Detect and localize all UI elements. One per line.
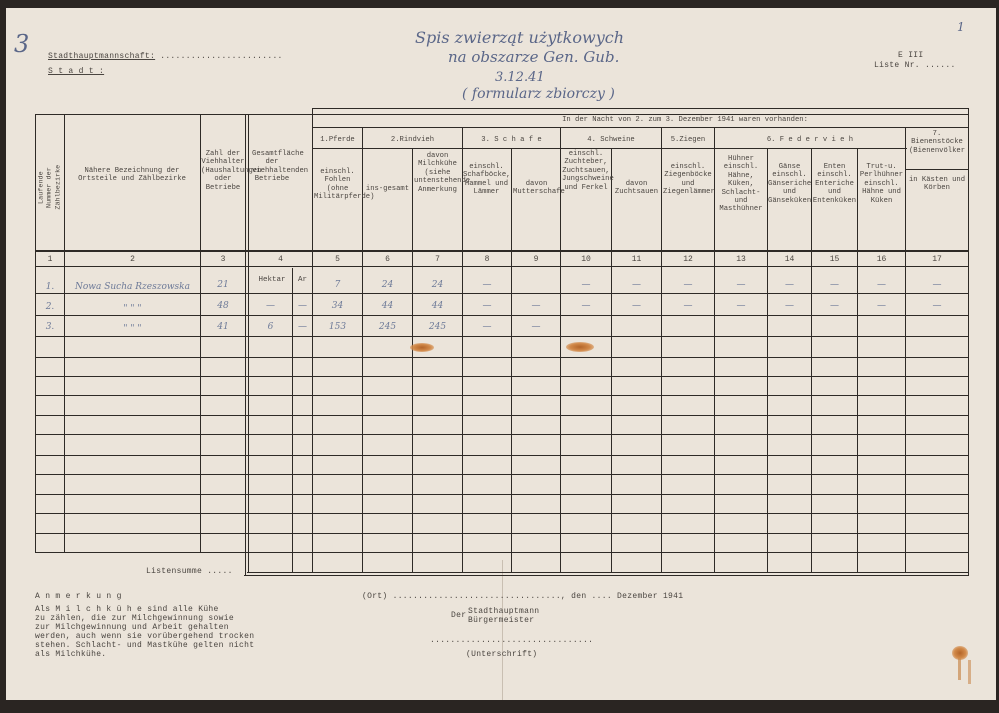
row-value: 245	[363, 322, 412, 332]
der-label: Der	[451, 611, 466, 620]
unit-ar: Ar	[293, 276, 312, 284]
col-number: 3	[201, 255, 245, 264]
col-number: 16	[858, 255, 905, 264]
stadthauptmannschaft-dots: ........................	[160, 52, 282, 61]
handwritten-title-line4: ( formularz zbiorczy )	[462, 86, 615, 102]
row-name: " " "	[66, 304, 199, 314]
super-header: In der Nacht von 2. zum 3. Dezember 1941…	[520, 116, 850, 124]
group-bienen: 7. Bienenstöcke (Bienenvölker	[907, 130, 967, 155]
row-value: —	[463, 322, 511, 332]
row-value: —	[768, 280, 811, 290]
group-schafe: 3. S c h a f e	[463, 136, 560, 144]
header-col2: Nähere Bezeichnung der Ortsteile und Zäh…	[72, 167, 192, 184]
header-c9: davon Mutterschafe	[513, 180, 560, 197]
row-value: 44	[413, 301, 462, 311]
anmerkung-line: zu zählen, die zur Milchgewinnung sowie	[35, 614, 254, 623]
header-c8: einschl. Schafböcke, Hammel und Lämmer	[463, 163, 510, 197]
col-number: 7	[413, 255, 462, 264]
row-value: —	[768, 301, 811, 311]
col-number: 8	[463, 255, 511, 264]
header-c5: einschl. Fohlen (ohne Militärpferde)	[314, 168, 361, 202]
row-value: —	[463, 280, 511, 290]
row-nr: 2.	[36, 302, 64, 312]
row-value: 7	[313, 280, 362, 290]
anmerkung-text: Als M i l c h k ü h e sind alle Kühe zu …	[35, 605, 254, 659]
col-number: 17	[906, 255, 968, 264]
row-value: —	[612, 301, 661, 311]
row-value: 24	[363, 280, 412, 290]
col-number: 1	[36, 255, 64, 264]
row-value: 153	[313, 322, 362, 332]
col-number: 4	[249, 255, 312, 264]
header-c12: einschl. Ziegenböcke und Ziegenlämmer	[663, 163, 713, 197]
group-rindvieh: 2.Rindvieh	[363, 136, 462, 144]
rust-streak	[968, 660, 971, 684]
group-schweine: 4. Schweine	[561, 136, 661, 144]
row-value: —	[463, 301, 511, 311]
col-number: 5	[313, 255, 362, 264]
stadthauptmann-label: Stadthauptmann	[468, 607, 539, 616]
form-code: E III	[898, 51, 924, 60]
col-number: 13	[715, 255, 767, 264]
col-number: 10	[561, 255, 611, 264]
stadthauptmannschaft-label: Stadthauptmannschaft:	[48, 52, 155, 61]
col-number: 12	[662, 255, 714, 264]
buergermeister-label: Bürgermeister	[468, 616, 534, 625]
row-halter: 48	[201, 301, 245, 311]
anmerkung-line: stehen. Schlacht- und Mastkühe gelten ni…	[35, 641, 254, 650]
rust-stain	[410, 343, 434, 352]
stadt-label: S t a d t :	[48, 67, 104, 76]
row-value: —	[561, 280, 611, 290]
anmerkung-line: zur Milchgewinnung und Arbeit gehalten	[35, 623, 254, 632]
row-value: —	[906, 301, 968, 311]
header-c15: Enten einschl. Enteriche und Entenküken	[812, 163, 857, 205]
header-col3: Zahl der Viehhalter (Haushaltungen oder …	[201, 150, 245, 192]
liste-number: Liste Nr. ......	[874, 61, 956, 70]
col-number: 11	[612, 255, 661, 264]
row-name: " " "	[66, 324, 199, 334]
anmerkung-line: als Milchkühe.	[35, 650, 254, 659]
col-number: 2	[65, 255, 200, 264]
listensumme-label: Listensumme .....	[146, 567, 233, 576]
anmerkung-line: Als M i l c h k ü h e sind alle Kühe	[35, 605, 254, 614]
header-col4: Gesamtfläche der viehhaltenden Betriebe	[252, 150, 292, 184]
row-value: —	[512, 322, 560, 332]
anmerkung-line: werden, auch wenn sie vorübergehend troc…	[35, 632, 254, 641]
row-nr: 3.	[36, 322, 64, 332]
header-c14: Gänse einschl. Gänseriche und Gänseküken	[768, 163, 811, 205]
rust-streak	[958, 658, 961, 680]
stadthauptmannschaft-field: Stadthauptmannschaft: ..................…	[48, 52, 283, 61]
row-halter: 41	[201, 322, 245, 332]
header-c10: einschl. Zuchteber, Zuchtsauen, Jungschw…	[562, 150, 610, 192]
row-value: 6	[249, 322, 292, 332]
row-value: —	[512, 301, 560, 311]
row-value: —	[812, 301, 857, 311]
header-c7: davon Milchkühe (siehe untenstehende Anm…	[414, 152, 461, 194]
header-c16: Trut-u. Perlhühner einschl. Hähne und Kü…	[858, 163, 905, 205]
row-name: Nowa Sucha Rzeszowska	[66, 282, 199, 292]
col-number: 14	[768, 255, 811, 264]
row-value: —	[906, 280, 968, 290]
header-c13: Hühner einschl. Hähne, Küken, Schlacht- …	[716, 155, 766, 214]
col-number: 6	[363, 255, 412, 264]
ort-date-line: (Ort) .................................,…	[362, 592, 683, 601]
header-c11: davon Zuchtsauen	[613, 180, 660, 197]
unit-hektar: Hektar	[252, 276, 292, 284]
row-value: —	[612, 280, 661, 290]
row-value: 34	[313, 301, 362, 311]
signature-line: ................................	[430, 636, 593, 645]
group-pferde: 1.Pferde	[313, 136, 362, 144]
unterschrift-label: (Unterschrift)	[466, 650, 537, 659]
anmerkung-title: A n m e r k u n g	[35, 592, 122, 601]
col-number: 15	[812, 255, 857, 264]
row-value: —	[715, 280, 767, 290]
corner-mark: 1	[957, 20, 965, 34]
handwritten-date: 3.12.41	[495, 70, 545, 85]
paper-fold	[502, 560, 503, 700]
row-value: —	[561, 301, 611, 311]
header-c6: ins-gesamt	[364, 185, 411, 193]
row-value: —	[812, 280, 857, 290]
row-halter: 21	[201, 280, 245, 290]
row-value: —	[715, 301, 767, 311]
group-ziegen: 5.Ziegen	[662, 136, 714, 144]
row-value: —	[662, 301, 714, 311]
row-value: —	[293, 301, 312, 311]
row-value: —	[858, 301, 905, 311]
row-value: —	[858, 280, 905, 290]
group-federvieh: 6. F e d e r v i e h	[715, 136, 905, 144]
rust-stain	[566, 342, 594, 352]
row-nr: 1.	[36, 282, 64, 292]
row-value: —	[249, 301, 292, 311]
row-value: —	[293, 322, 312, 332]
header-col1: Laufende Nummer der Zählbezirke	[37, 166, 62, 210]
handwritten-title-line2: na obszarze Gen. Gub.	[448, 48, 619, 66]
header-c17: in Kästen und Körben	[907, 176, 967, 193]
row-value: 245	[413, 322, 462, 332]
row-value: 44	[363, 301, 412, 311]
page-mark: 3	[14, 30, 29, 58]
row-value: 24	[413, 280, 462, 290]
handwritten-title-line1: Spis zwierząt użytkowych	[415, 28, 624, 47]
col-number: 9	[512, 255, 560, 264]
row-value: —	[662, 280, 714, 290]
